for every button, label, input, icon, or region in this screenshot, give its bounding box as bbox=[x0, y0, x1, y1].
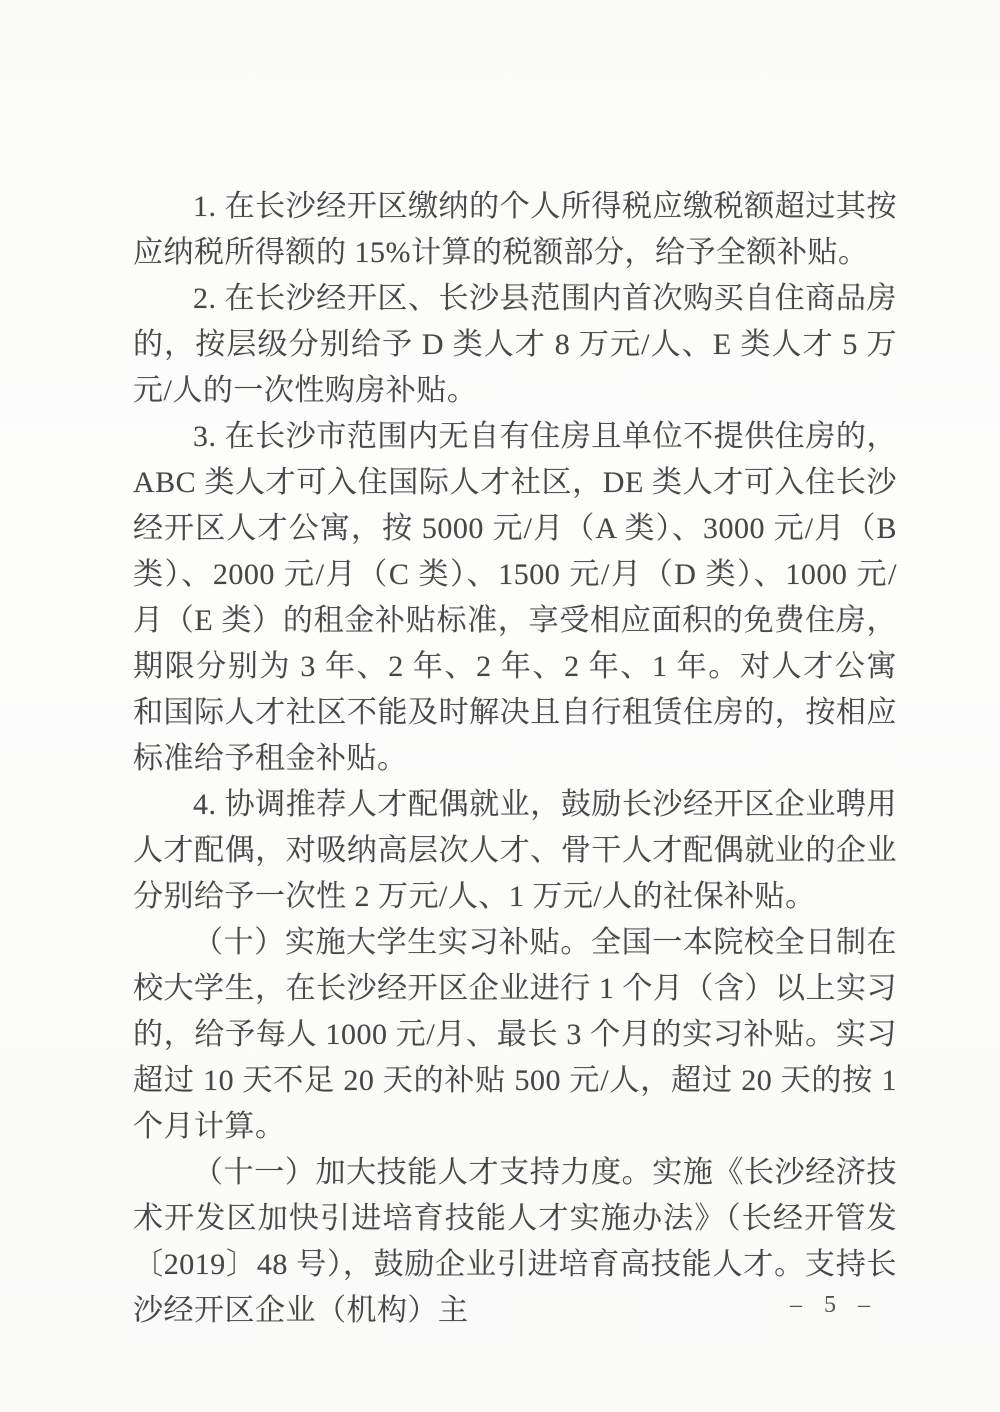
paragraph: （十一）加大技能人才支持力度。实施《长沙经济技术开发区加快引进培育技能人才实施办… bbox=[133, 1150, 897, 1334]
paragraph: 3. 在长沙市范围内无自有住房且单位不提供住房的，ABC 类人才可入住国际人才社… bbox=[133, 414, 897, 782]
paragraph: 4. 协调推荐人才配偶就业，鼓励长沙经开区企业聘用人才配偶，对吸纳高层次人才、骨… bbox=[133, 782, 897, 920]
paragraph: 1. 在长沙经开区缴纳的个人所得税应缴税额超过其按应纳税所得额的 15%计算的税… bbox=[133, 184, 897, 276]
document-page: 1. 在长沙经开区缴纳的个人所得税应缴税额超过其按应纳税所得额的 15%计算的税… bbox=[0, 0, 1000, 1412]
paragraph: 2. 在长沙经开区、长沙县范围内首次购买自住商品房的，按层级分别给予 D 类人才… bbox=[133, 276, 897, 414]
page-number: – 5 – bbox=[790, 1289, 878, 1321]
document-body: 1. 在长沙经开区缴纳的个人所得税应缴税额超过其按应纳税所得额的 15%计算的税… bbox=[133, 184, 897, 1334]
paragraph: （十）实施大学生实习补贴。全国一本院校全日制在校大学生，在长沙经开区企业进行 1… bbox=[133, 920, 897, 1150]
